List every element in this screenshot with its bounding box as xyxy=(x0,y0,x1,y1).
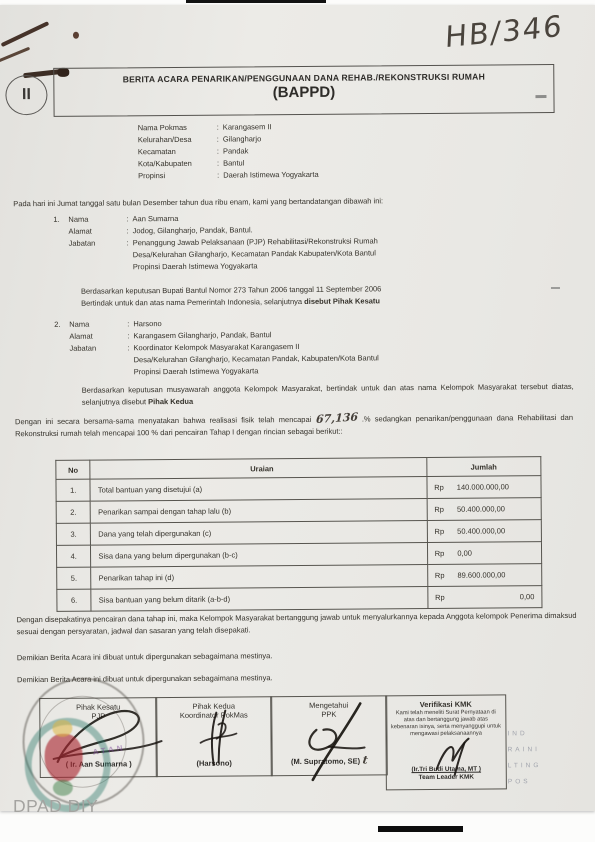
currency-label: Rp xyxy=(435,593,445,602)
side-stamp-line: IND xyxy=(507,726,541,742)
header-jumlah: Jumlah xyxy=(426,457,540,477)
row-number: 4. xyxy=(56,545,91,567)
row-number: 5. xyxy=(57,567,92,589)
basis-bold-text: Pihak Kedua xyxy=(148,397,193,406)
row-description: Penarikan tahap ini (d) xyxy=(91,565,427,590)
row-description: Dana yang telah dipergunakan (c) xyxy=(91,521,427,546)
signatory-name-text: (M. Supratomo, SE) xyxy=(291,757,360,767)
field-value: Gilangharjo xyxy=(223,133,261,145)
signature-cell-verifikasi-kmk: Verifikasi KMK Kami telah meneliti Surat… xyxy=(385,694,507,790)
signature-subtitle: Koordinator PokMas xyxy=(156,710,271,720)
field-value: Karangasem II xyxy=(223,121,272,133)
closing-statement-1: Demikian Berita Acara ini dibuat untuk d… xyxy=(17,648,577,664)
row-amount: 50.400.000,00 xyxy=(457,504,505,513)
row-amount: 0,00 xyxy=(520,592,535,601)
field-value: Karangasem Gilangharjo, Pandak, Bantul xyxy=(133,329,271,342)
field-value: Penanggung Jawab Pelaksanaan (PJP) Rehab… xyxy=(133,235,378,273)
party1-number: 1. xyxy=(53,214,59,226)
signature-cell-mengetahui: Mengetahui PPK (M. Supratomo, SE) t xyxy=(270,695,388,776)
party1-basis-paragraph: Berdasarkan keputusan Bupati Bantul Nomo… xyxy=(81,282,559,310)
pen-mark xyxy=(0,47,30,65)
field-label: Propinsi xyxy=(138,170,217,183)
handwritten-percentage: 67,136 xyxy=(315,411,358,426)
signature-title: Verifikasi KMK xyxy=(386,699,505,709)
row-amount: 140.000.000,00 xyxy=(457,482,509,491)
row-number: 1. xyxy=(56,479,91,501)
title-box: BERITA ACARA PENARIKAN/PENGGUNAAN DANA R… xyxy=(53,64,554,117)
field-value: Koordinator Kelompok Masyarakat Karangas… xyxy=(133,340,378,378)
realization-statement: Dengan ini secara bersama-sama menyataka… xyxy=(15,411,573,440)
currency-label: Rp xyxy=(435,571,445,580)
side-stamp-line: LTING xyxy=(508,758,542,774)
signatory-name: (Harsono) xyxy=(157,758,272,768)
pen-mark xyxy=(1,21,50,47)
row-number: 3. xyxy=(56,523,91,545)
pen-mark xyxy=(73,32,79,39)
emblem-stamp xyxy=(24,716,105,805)
handwritten-archive-ref: HB/346 xyxy=(444,9,564,55)
field-label: Alamat xyxy=(69,330,127,342)
field-value: Bantul xyxy=(223,157,244,169)
currency-label: Rp xyxy=(434,505,444,514)
currency-label: Rp xyxy=(435,549,445,558)
side-stamp-text: IND RAINI LTING POS xyxy=(507,726,541,790)
emblem-base xyxy=(53,780,73,796)
field-value: Pandak xyxy=(223,145,249,157)
closing-paragraph: Dengan disepakatinya pencairan dana taha… xyxy=(17,610,577,638)
party-field-row: Jabatan : Koordinator Kelompok Masyaraka… xyxy=(69,339,509,378)
field-value: Harsono xyxy=(133,318,161,330)
field-value: Aan Sumarna xyxy=(132,213,178,225)
funds-table: No Uraian Jumlah 1. Total bantuan yang d… xyxy=(55,456,542,612)
row-amount: 0,00 xyxy=(457,549,472,558)
row-number: 2. xyxy=(56,501,91,523)
signatory-name: (Ir.Tri Budi Utama, MT ) xyxy=(387,765,506,773)
party1-block: Nama : Aan Sumarna Alamat : Jodog, Gilan… xyxy=(68,210,498,273)
field-label: Alamat xyxy=(68,225,126,237)
row-description: Sisa bantuan yang belum ditarik (a-b-d) xyxy=(91,587,427,612)
field-label: Nama xyxy=(68,213,126,225)
watermark-dpad-diy: DPAD DIY xyxy=(13,796,98,817)
party2-block: Nama : Harsono Alamat : Karangasem Gilan… xyxy=(69,315,509,378)
section-marker-circle: II xyxy=(5,75,47,115)
party-field-row: Jabatan : Penanggung Jawab Pelaksanaan (… xyxy=(69,234,499,273)
row-number: 6. xyxy=(57,589,92,611)
handwritten-check-mark: t xyxy=(361,753,368,767)
row-description: Total bantuan yang disetujui (a) xyxy=(90,477,426,502)
side-stamp-line: POS xyxy=(508,774,542,790)
basis-bold-text: disebut Pihak Kesatu xyxy=(304,296,380,306)
field-label: Nama Pokmas xyxy=(138,122,217,135)
signatory-name: (M. Supratomo, SE) t xyxy=(272,753,387,767)
emblem-shield xyxy=(44,734,82,782)
emblem-crest xyxy=(52,720,72,737)
currency-label: Rp xyxy=(434,483,444,492)
field-label: Kecamatan xyxy=(138,146,217,159)
statement-pre: Dengan ini secara bersama-sama menyataka… xyxy=(15,415,311,426)
intro-paragraph: Pada hari ini Jumat tanggal satu bulan D… xyxy=(13,194,573,210)
verification-statement: Kami telah meneliti Surat Pernyataan di … xyxy=(390,709,502,738)
field-value: Daerah Istimewa Yogyakarta xyxy=(223,169,319,182)
field-label: Jabatan xyxy=(69,237,127,249)
row-amount: 50.400.000,00 xyxy=(457,526,505,535)
field-label: Kota/Kabupaten xyxy=(138,158,217,171)
field-value: Jodog, Gilangharjo, Pandak, Bantul. xyxy=(133,224,253,237)
header-no: No xyxy=(56,460,91,479)
party2-basis-paragraph: Berdasarkan keputusan musyawarah anggota… xyxy=(82,381,574,409)
field-label: Jabatan xyxy=(69,342,127,354)
pokmas-identity-block: Nama Pokmas : Karangasem II Kelurahan/De… xyxy=(138,120,468,183)
header-uraian: Uraian xyxy=(90,458,426,480)
signatory-role: Team Leader KMK xyxy=(387,773,506,781)
row-amount: 89.600.000,00 xyxy=(457,570,505,579)
row-description: Penarikan sampai dengan tahap lalu (b) xyxy=(90,499,426,524)
party2-number: 2. xyxy=(54,319,60,331)
field-label: Nama xyxy=(69,318,127,330)
table-row: 6. Sisa bantuan yang belum ditarik (a-b-… xyxy=(57,586,542,612)
field-label: Kelurahan/Desa xyxy=(138,134,217,147)
currency-label: Rp xyxy=(435,527,445,536)
row-description: Sisa dana yang belum dipergunakan (b-c) xyxy=(91,543,427,568)
signature-subtitle: PPK xyxy=(271,709,386,719)
side-stamp-line: RAINI xyxy=(508,742,542,758)
document-subtitle: (BAPPD) xyxy=(54,82,553,103)
signature-cell-pihak-kedua: Pihak Kedua Koordinator PokMas (Harsono) xyxy=(155,696,273,777)
pokmas-row: Propinsi : Daerah Istimewa Yogyakarta xyxy=(138,168,468,183)
